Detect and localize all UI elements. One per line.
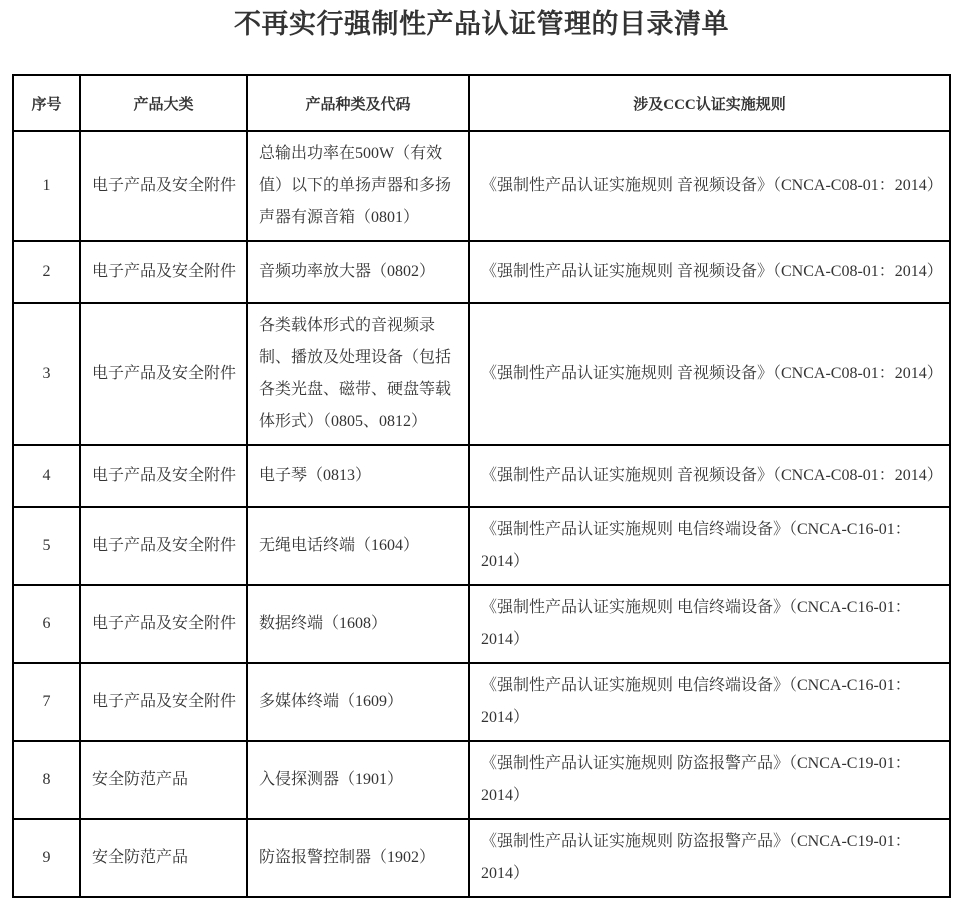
catalog-table: 序号 产品大类 产品种类及代码 涉及CCC认证实施规则 1 电子产品及安全附件 … [12, 74, 951, 898]
cell-product: 各类载体形式的音视频录制、播放及处理设备（包括各类光盘、磁带、硬盘等载体形式）（… [247, 303, 469, 445]
cell-category: 电子产品及安全附件 [80, 303, 247, 445]
cell-product: 总输出功率在500W（有效值）以下的单扬声器和多扬声器有源音箱（0801） [247, 131, 469, 241]
cell-no: 3 [13, 303, 80, 445]
cell-product: 音频功率放大器（0802） [247, 241, 469, 303]
cell-rule: 《强制性产品认证实施规则 防盗报警产品》（CNCA-C19-01：2014） [469, 741, 950, 819]
cell-product: 无绳电话终端（1604） [247, 507, 469, 585]
cell-category: 电子产品及安全附件 [80, 663, 247, 741]
document-page: 不再实行强制性产品认证管理的目录清单 序号 产品大类 产品种类及代码 涉及CCC… [0, 0, 963, 898]
col-header-rule: 涉及CCC认证实施规则 [469, 75, 950, 131]
cell-category: 安全防范产品 [80, 741, 247, 819]
cell-category: 电子产品及安全附件 [80, 241, 247, 303]
cell-product: 防盗报警控制器（1902） [247, 819, 469, 897]
cell-category: 电子产品及安全附件 [80, 585, 247, 663]
cell-no: 9 [13, 819, 80, 897]
cell-no: 7 [13, 663, 80, 741]
col-header-category: 产品大类 [80, 75, 247, 131]
cell-category: 电子产品及安全附件 [80, 507, 247, 585]
cell-no: 1 [13, 131, 80, 241]
cell-product: 入侵探测器（1901） [247, 741, 469, 819]
cell-product: 数据终端（1608） [247, 585, 469, 663]
cell-rule: 《强制性产品认证实施规则 电信终端设备》（CNCA-C16-01：2014） [469, 585, 950, 663]
table-row: 2 电子产品及安全附件 音频功率放大器（0802） 《强制性产品认证实施规则 音… [13, 241, 950, 303]
table-row: 9 安全防范产品 防盗报警控制器（1902） 《强制性产品认证实施规则 防盗报警… [13, 819, 950, 897]
cell-no: 4 [13, 445, 80, 507]
table-row: 3 电子产品及安全附件 各类载体形式的音视频录制、播放及处理设备（包括各类光盘、… [13, 303, 950, 445]
cell-product: 电子琴（0813） [247, 445, 469, 507]
cell-rule: 《强制性产品认证实施规则 电信终端设备》（CNCA-C16-01：2014） [469, 507, 950, 585]
page-title: 不再实行强制性产品认证管理的目录清单 [0, 0, 963, 41]
cell-rule: 《强制性产品认证实施规则 音视频设备》（CNCA-C08-01：2014） [469, 241, 950, 303]
cell-rule: 《强制性产品认证实施规则 音视频设备》（CNCA-C08-01：2014） [469, 303, 950, 445]
cell-no: 8 [13, 741, 80, 819]
col-header-product: 产品种类及代码 [247, 75, 469, 131]
cell-no: 2 [13, 241, 80, 303]
table-row: 7 电子产品及安全附件 多媒体终端（1609） 《强制性产品认证实施规则 电信终… [13, 663, 950, 741]
col-header-no: 序号 [13, 75, 80, 131]
cell-category: 安全防范产品 [80, 819, 247, 897]
table-row: 5 电子产品及安全附件 无绳电话终端（1604） 《强制性产品认证实施规则 电信… [13, 507, 950, 585]
cell-rule: 《强制性产品认证实施规则 电信终端设备》（CNCA-C16-01：2014） [469, 663, 950, 741]
cell-category: 电子产品及安全附件 [80, 445, 247, 507]
table-row: 8 安全防范产品 入侵探测器（1901） 《强制性产品认证实施规则 防盗报警产品… [13, 741, 950, 819]
cell-rule: 《强制性产品认证实施规则 防盗报警产品》（CNCA-C19-01：2014） [469, 819, 950, 897]
table-header-row: 序号 产品大类 产品种类及代码 涉及CCC认证实施规则 [13, 75, 950, 131]
cell-no: 6 [13, 585, 80, 663]
table-row: 6 电子产品及安全附件 数据终端（1608） 《强制性产品认证实施规则 电信终端… [13, 585, 950, 663]
cell-no: 5 [13, 507, 80, 585]
table-row: 4 电子产品及安全附件 电子琴（0813） 《强制性产品认证实施规则 音视频设备… [13, 445, 950, 507]
cell-rule: 《强制性产品认证实施规则 音视频设备》（CNCA-C08-01：2014） [469, 445, 950, 507]
cell-category: 电子产品及安全附件 [80, 131, 247, 241]
cell-product: 多媒体终端（1609） [247, 663, 469, 741]
table-row: 1 电子产品及安全附件 总输出功率在500W（有效值）以下的单扬声器和多扬声器有… [13, 131, 950, 241]
cell-rule: 《强制性产品认证实施规则 音视频设备》（CNCA-C08-01：2014） [469, 131, 950, 241]
